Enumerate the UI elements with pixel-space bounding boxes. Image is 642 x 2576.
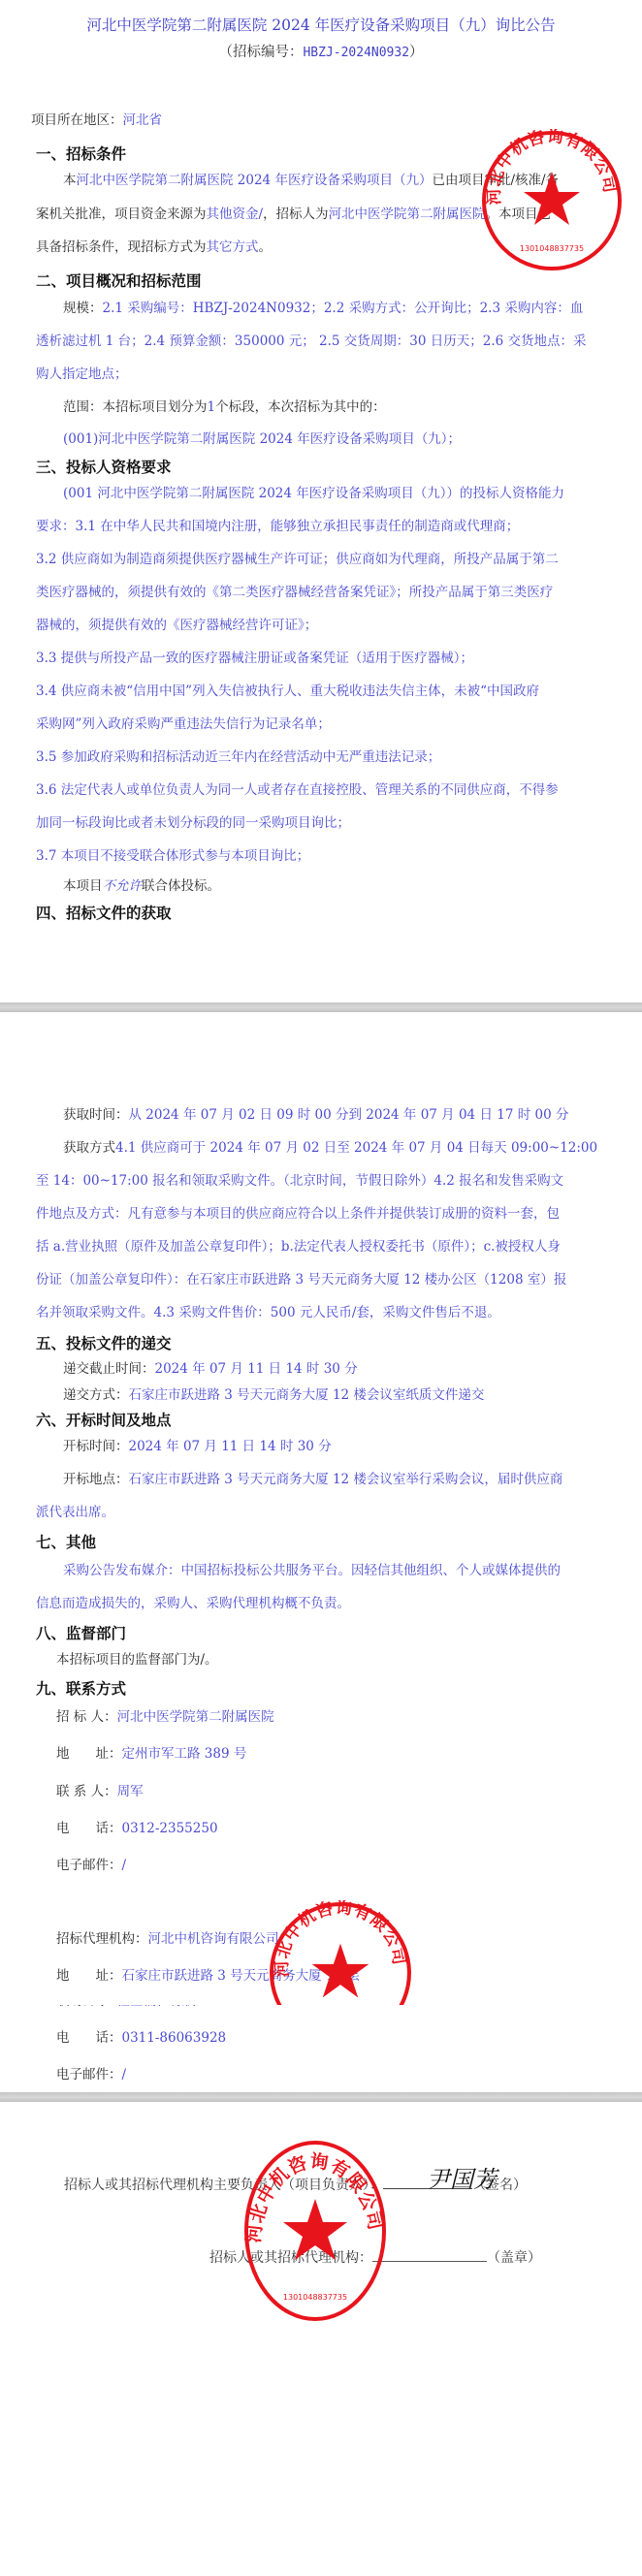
s2-range: 范围：本招标项目划分为1个标段，本次招标为其中的： xyxy=(63,401,386,415)
tenderer-email-row: 电子邮件：/ xyxy=(56,1860,126,1873)
lot-count: 1 xyxy=(208,399,216,415)
page-title: 河北中医学院第二附属医院 2024 年医疗设备采购项目（九）询比公告 xyxy=(0,14,642,35)
text: 联合体投标。 xyxy=(142,878,220,894)
field-value: 周军 xyxy=(117,1784,144,1799)
svg-text:河北中机咨询有限公司: 河北中机咨询有限公司 xyxy=(273,1900,408,1978)
section-heading-3: 三、投标人资格要求 xyxy=(36,456,172,477)
svg-text:河北中机咨询有限公司: 河北中机咨询有限公司 xyxy=(485,129,620,206)
tender-number: （招标编号：HBZJ-2024N0932） xyxy=(0,41,642,61)
field-value: 任丛楠、蒋欣 xyxy=(117,2005,196,2009)
tenderer-contact-row: 联 系 人：周军 xyxy=(56,1786,144,1799)
s3-line: 采购网”列入政府采购严重违法失信行为记录名单； xyxy=(36,718,331,732)
s3-line: 加同一标段询比或者未划分标段的同一采购项目询比； xyxy=(36,817,350,831)
seal-line: 招标人或其招标代理机构：（盖章） xyxy=(209,2249,541,2265)
text: 。 xyxy=(259,239,273,255)
field-label: 电子邮件： xyxy=(56,2067,122,2083)
opening-time-value: 2024 年 07 月 11 日 14 时 30 分 xyxy=(129,1439,332,1454)
s3-line: 3.6 法定代表人或单位负责人为同一人或者存在直接控股、管理关系的不同供应商，不… xyxy=(36,784,559,798)
deadline-value: 2024 年 07 月 11 日 14 时 30 分 xyxy=(155,1361,358,1377)
company-seal-icon: 河北中机咨询有限公司 1301048837735 xyxy=(268,1900,413,2005)
s4-method-line: 至 14：00~17:00 报名和领取采购文件。（北京时间，节假日除外）4.2 … xyxy=(36,1175,563,1189)
field-value: 定州市军工路 389 号 xyxy=(122,1746,247,1762)
field-label: 电 话： xyxy=(56,1821,122,1836)
time-value: 从 2024 年 07 月 02 日 09 时 00 分到 2024 年 07 … xyxy=(129,1107,569,1123)
svg-text:1301048837735: 1301048837735 xyxy=(283,2293,347,2302)
s4-method-line: 括 a.营业执照（原件及加盖公章复印件）；b.法定代表人授权委托书（原件）；c.… xyxy=(36,1241,561,1255)
opening-place-label: 开标地点： xyxy=(63,1472,129,1487)
s8-text: 本招标项目的监督部门为/。 xyxy=(56,1654,218,1668)
field-value: / xyxy=(122,1858,127,1873)
svg-text:1301048837735: 1301048837735 xyxy=(520,244,584,253)
s4-method-line: 份证（加盖公章复印件）：在石家庄市跃进路 3 号天元商务大厦 12 楼办公区（1… xyxy=(36,1274,566,1288)
page-divider xyxy=(0,1002,642,1012)
text: 个标段，本次招标为其中的： xyxy=(215,399,386,415)
field-value: 0311-86063928 xyxy=(122,2030,227,2046)
s4-method-line: 件地点及方式：凡有意参与本项目的供应商应符合以上条件并提供装订成册的资料一套，包 xyxy=(36,1208,560,1222)
fund-source: 其他资金/ xyxy=(207,207,264,222)
section-heading-7: 七、其他 xyxy=(36,1531,96,1552)
text: ，招标人为 xyxy=(263,207,329,222)
s3-line: 器械的，须提供有效的《医疗器械经营许可证》； xyxy=(36,620,317,633)
method-label: 获取方式 xyxy=(63,1140,115,1156)
field-label: 地 址： xyxy=(56,1746,122,1762)
text: 本 xyxy=(63,173,77,188)
text: 具备招标条件，现招标方式为 xyxy=(36,239,207,255)
agency-email-row: 电子邮件：/ xyxy=(56,2069,126,2083)
document-page-2: 获取时间：从 2024 年 07 月 02 日 09 时 00 分到 2024 … xyxy=(0,1012,642,2005)
time-label: 获取时间： xyxy=(63,1107,129,1123)
region-label: 项目所在地区： xyxy=(31,112,123,128)
field-value: 石家庄市跃进路 3 号天元商务大厦 12 层 xyxy=(122,1968,360,1984)
agency-phone-row: 电 话：0311-86063928 xyxy=(56,2032,226,2046)
company-seal-icon: 河北中机咨询有限公司 1301048837735 xyxy=(242,2139,388,2323)
tender-number-prefix: （招标编号： xyxy=(218,45,303,60)
s3-line: 3.7 本项目不接受联合体形式参与本项目询比； xyxy=(36,850,309,864)
consortium-value: 不允许 xyxy=(103,878,143,894)
tenderer-address-row: 地 址：定州市军工路 389 号 xyxy=(56,1748,246,1762)
company-seal-icon: 河北中机咨询有限公司 1301048837735 xyxy=(480,129,624,272)
field-label: 地 址： xyxy=(56,1968,122,1984)
field-label: 联 系 人： xyxy=(56,2005,117,2009)
deadline-label: 递交截止时间： xyxy=(63,1361,155,1377)
field-value: 河北中医学院第二附属医院 xyxy=(117,1709,274,1725)
tenderer-name-row: 招 标 人：河北中医学院第二附属医院 xyxy=(56,1711,274,1725)
s6-place-line2: 派代表出席。 xyxy=(36,1507,114,1520)
s2-scale-line2: 透析滤过机 1 台；2.4 预算金额：350000 元； 2.5 交货周期：30… xyxy=(36,335,587,349)
method-text: 4.1 供应商可于 2024 年 07 月 02 日至 2024 年 07 月 … xyxy=(115,1140,597,1156)
field-label: 招 标 人： xyxy=(56,1709,117,1725)
text: 范围：本招标项目划分为 xyxy=(63,399,208,415)
s4-method-line: 名并领取采购文件。4.3 采购文件售价：500 元人民币/套，采购文件售后不退。 xyxy=(36,1307,500,1320)
s3-line: 要求：3.1 在中华人民共和国境内注册，能够独立承担民事责任的制造商或代理商； xyxy=(36,521,519,534)
s7-line1: 采购公告发布媒介：中国招标投标公共服务平台。因轻信其他组织、个人或媒体提供的 xyxy=(63,1565,561,1578)
tenderer-phone-row: 电 话：0312-2355250 xyxy=(56,1823,218,1836)
s3-line: 3.3 提供与所投产品一致的医疗器械注册证或备案凭证（适用于医疗器械）； xyxy=(36,652,473,666)
text: 本项目 xyxy=(63,878,103,894)
page-divider xyxy=(0,2092,642,2102)
project-region: 项目所在地区：河北省 xyxy=(31,114,162,128)
tender-number-value: HBZJ-2024N0932 xyxy=(303,46,409,60)
s3-consortium: 本项目不允许联合体投标。 xyxy=(63,880,220,894)
s2-scale-line3: 购人指定地点； xyxy=(36,368,128,382)
seal-suffix: （盖章） xyxy=(487,2250,541,2266)
s3-line: 3.2 供应商如为制造商须提供医疗器械生产许可证；供应商如为代理商，所投产品属于… xyxy=(36,554,559,567)
s6-place: 开标地点：石家庄市跃进路 3 号天元商务大厦 12 楼会议室举行采购会议，届时供… xyxy=(63,1474,562,1487)
seal-label: 招标人或其招标代理机构： xyxy=(209,2250,372,2266)
s1-para-line2: 案机关批准，项目资金来源为其他资金/，招标人为河北中医学院第二附属医院。本项目已 xyxy=(36,208,551,222)
document-page-1: 河北中医学院第二附属医院 2024 年医疗设备采购项目（九）询比公告 （招标编号… xyxy=(0,0,642,1002)
field-label: 联 系 人： xyxy=(56,1784,117,1799)
section-heading-2: 二、项目概况和招标范围 xyxy=(36,270,202,291)
s3-line: 类医疗器械的，须提供有效的《第二类医疗器械经营备案凭证》；所投产品属于第三类医疗 xyxy=(36,587,553,600)
s1-para-line3: 具备招标条件，现招标方式为其它方式。 xyxy=(36,241,272,255)
project-name: 河北中医学院第二附属医院 2024 年医疗设备采购项目（九） xyxy=(77,173,433,188)
s1-para-line1: 本河北中医学院第二附属医院 2024 年医疗设备采购项目（九）已由项目审批/核准… xyxy=(63,175,559,188)
section-heading-5: 五、投标文件的递交 xyxy=(36,1332,172,1353)
s5-method: 递交方式：石家庄市跃进路 3 号天元商务大厦 12 楼会议室纸质文件递交 xyxy=(63,1389,484,1403)
s7-line2: 信息而造成损失的，采购人、采购代理机构概不负责。 xyxy=(36,1598,350,1611)
section-heading-1: 一、招标条件 xyxy=(36,143,126,164)
s5-deadline: 递交截止时间：2024 年 07 月 11 日 14 时 30 分 xyxy=(63,1363,358,1377)
section-heading-9: 九、联系方式 xyxy=(36,1677,126,1699)
s2-scale-line1: 规模：2.1 采购编号：HBZJ-2024N0932；2.2 采购方式：公开询比… xyxy=(63,302,583,316)
field-label: 招标代理机构： xyxy=(56,1931,148,1947)
region-value: 河北省 xyxy=(123,112,163,128)
s2-lot-item: (001)河北中医学院第二附属医院 2024 年医疗设备采购项目（九）； xyxy=(63,433,461,447)
svg-text:河北中机咨询有限公司: 河北中机咨询有限公司 xyxy=(243,2150,387,2243)
submit-method-value: 石家庄市跃进路 3 号天元商务大厦 12 楼会议室纸质文件递交 xyxy=(129,1387,485,1403)
tender-method: 其它方式 xyxy=(207,239,259,255)
scale-text: 2.1 采购编号：HBZJ-2024N0932；2.2 采购方式：公开询比；2.… xyxy=(103,301,584,316)
text: 案机关批准，项目资金来源为 xyxy=(36,207,207,222)
opening-time-label: 开标时间： xyxy=(63,1439,129,1454)
s4-method-line1: 获取方式4.1 供应商可于 2024 年 07 月 02 日至 2024 年 0… xyxy=(63,1142,597,1156)
section-heading-4: 四、招标文件的获取 xyxy=(36,902,172,923)
field-value: 0312-2355250 xyxy=(122,1821,218,1836)
section-heading-8: 八、监督部门 xyxy=(36,1622,126,1643)
s6-time: 开标时间：2024 年 07 月 11 日 14 时 30 分 xyxy=(63,1441,332,1454)
field-value: 河北中机咨询有限公司 xyxy=(148,1931,279,1947)
field-label: 电 话： xyxy=(56,2030,122,2046)
submit-method-label: 递交方式： xyxy=(63,1387,129,1403)
agency-contact-row: 联 系 人：任丛楠、蒋欣 xyxy=(56,2005,196,2009)
s3-line: (001 河北中医学院第二附属医院 2024 年医疗设备采购项目（九））的投标人… xyxy=(63,488,564,501)
opening-place-value: 石家庄市跃进路 3 号天元商务大厦 12 楼会议室举行采购会议，届时供应商 xyxy=(129,1472,563,1487)
agency-name-row: 招标代理机构：河北中机咨询有限公司 xyxy=(56,1933,279,1947)
document-page-2-continued: 联 系 人：任丛楠、蒋欣 电 话：0311-86063928 电子邮件：/ xyxy=(0,2005,642,2092)
document-page-3: 招标人或其招标代理机构主要负责人（项目负责人）：（签名） 尹国芳 招标人或其招标… xyxy=(0,2102,642,2576)
s3-line: 3.4 供应商未被“信用中国”列入失信被执行人、重大税收违法失信主体，未被“中国… xyxy=(36,685,539,699)
signer-label: 招标人或其招标代理机构主要负责人（项目负责人）： xyxy=(64,2178,383,2193)
field-label: 电子邮件： xyxy=(56,1858,122,1873)
section-heading-6: 六、开标时间及地点 xyxy=(36,1409,172,1430)
agency-address-row: 地 址：石家庄市跃进路 3 号天元商务大厦 12 层 xyxy=(56,1970,360,1984)
tenderer-name: 河北中医学院第二附属医院 xyxy=(329,207,486,222)
scale-label: 规模： xyxy=(63,301,103,316)
field-value: / xyxy=(122,2067,127,2083)
s4-time: 获取时间：从 2024 年 07 月 02 日 09 时 00 分到 2024 … xyxy=(63,1109,568,1123)
text: 。本项目已 xyxy=(486,207,552,222)
text: 已由项目审批/核准/备 xyxy=(432,173,559,188)
handwritten-signature: 尹国芳 xyxy=(427,2160,497,2194)
tender-number-suffix: ） xyxy=(409,45,424,60)
seal-field xyxy=(372,2249,487,2262)
s3-line: 3.5 参加政府采购和招标活动近三年内在经营活动中无严重违法记录； xyxy=(36,751,440,765)
